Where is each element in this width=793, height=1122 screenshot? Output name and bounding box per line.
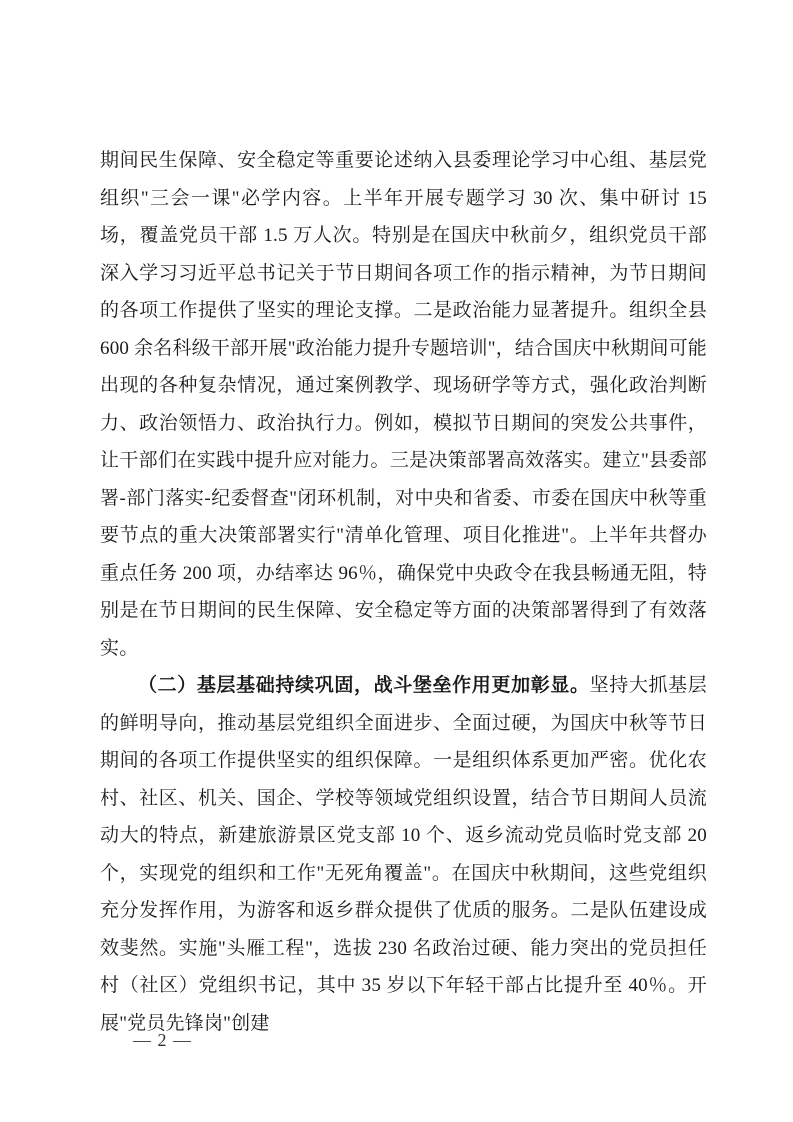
document-body: 期间民生保障、安全稳定等重要论述纳入县委理论学习中心组、基层党组织"三会一课"必… (100, 142, 707, 1042)
paragraph-continuation: 期间民生保障、安全稳定等重要论述纳入县委理论学习中心组、基层党组织"三会一课"必… (100, 142, 707, 667)
paragraph-continuation-text: 期间民生保障、安全稳定等重要论述纳入县委理论学习中心组、基层党组织"三会一课"必… (100, 150, 707, 659)
footer-page-number: — 2 — (133, 1028, 192, 1052)
section-two-body-text: 坚持大抓基层的鲜明导向，推动基层党组织全面进步、全面过硬，为国庆中秋等节日期间的… (100, 675, 707, 1034)
paragraph-section-two: （二）基层基础持续巩固，战斗堡垒作用更加彰显。坚持大抓基层的鲜明导向，推动基层党… (100, 667, 707, 1042)
section-two-heading: （二）基层基础持续巩固，战斗堡垒作用更加彰显。 (138, 675, 590, 696)
document-page: 期间民生保障、安全稳定等重要论述纳入县委理论学习中心组、基层党组织"三会一课"必… (0, 0, 793, 1122)
